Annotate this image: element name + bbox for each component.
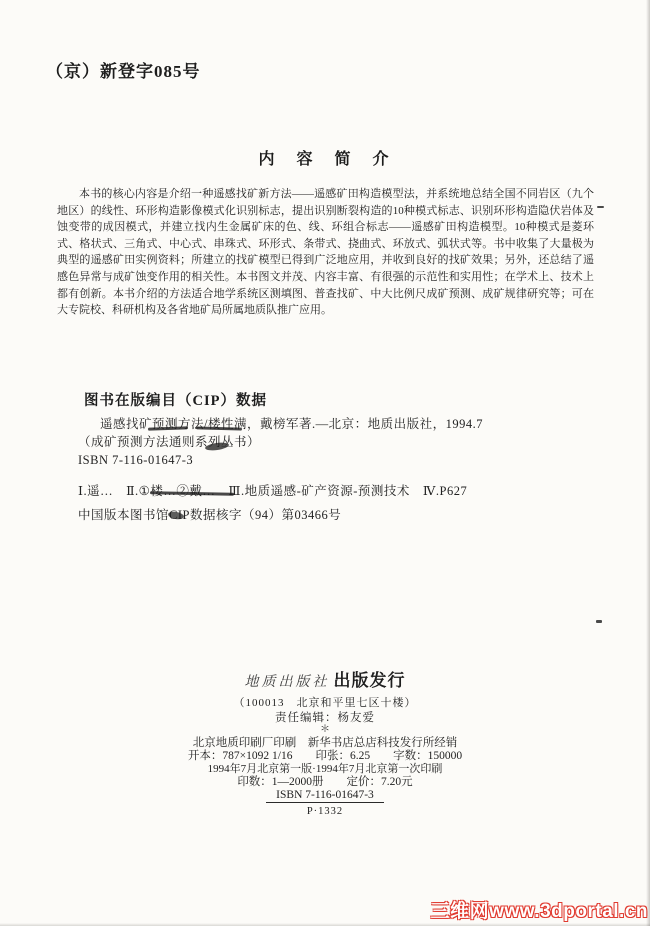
- star-separator: ＊: [0, 720, 650, 735]
- cip-classification: Ⅰ.遥… Ⅱ.①楼…②戴… Ⅲ.地质遥感-矿产资源-预测技术 Ⅳ.P627: [78, 481, 467, 499]
- book-copyright-page: （京）新登字085号 内 容 简 介 本书的核心内容是介绍一种遥感找矿新方法——…: [0, 0, 650, 926]
- scan-mark: [597, 206, 604, 208]
- book-number: P·1332: [0, 806, 650, 817]
- cip-title-line: 遥感找矿预测方法/楼性满，戴榜军著.—北京：地质出版社，1994.7: [78, 414, 483, 432]
- publisher-line: 地质出版社出版发行: [0, 666, 650, 691]
- publisher-address: （100013 北京和平里七区十楼）: [0, 694, 650, 710]
- cip-record-number: 中国版本图书馆CIP数据核字（94）第03466号: [78, 505, 341, 523]
- cip-isbn: ISBN 7-116-01647-3: [78, 453, 193, 468]
- cip-heading: 图书在版编目（CIP）数据: [84, 389, 267, 410]
- registration-number: （京）新登字085号: [46, 57, 201, 82]
- printrun-line: 印数：1—2000册 定价：7.20元: [0, 773, 650, 789]
- colophon-isbn-text: ISBN 7-116-01647-3: [266, 789, 384, 803]
- publisher-name: 地质出版社: [245, 675, 330, 690]
- scan-edge-shadow: [646, 0, 650, 926]
- cip-series-line: （成矿预测方法通则系列丛书）: [78, 432, 260, 450]
- intro-paragraph: 本书的核心内容是介绍一种遥感找矿新方法——遥感矿田构造模型法，并系统地总结全国不…: [57, 186, 594, 319]
- intro-heading: 内 容 简 介: [0, 146, 650, 169]
- colophon-isbn: ISBN 7-116-01647-3: [0, 789, 650, 803]
- watermark: 三维网www.3dportal.cn: [431, 896, 648, 923]
- publisher-suffix: 出版发行: [334, 671, 406, 690]
- scan-mark: [596, 620, 602, 623]
